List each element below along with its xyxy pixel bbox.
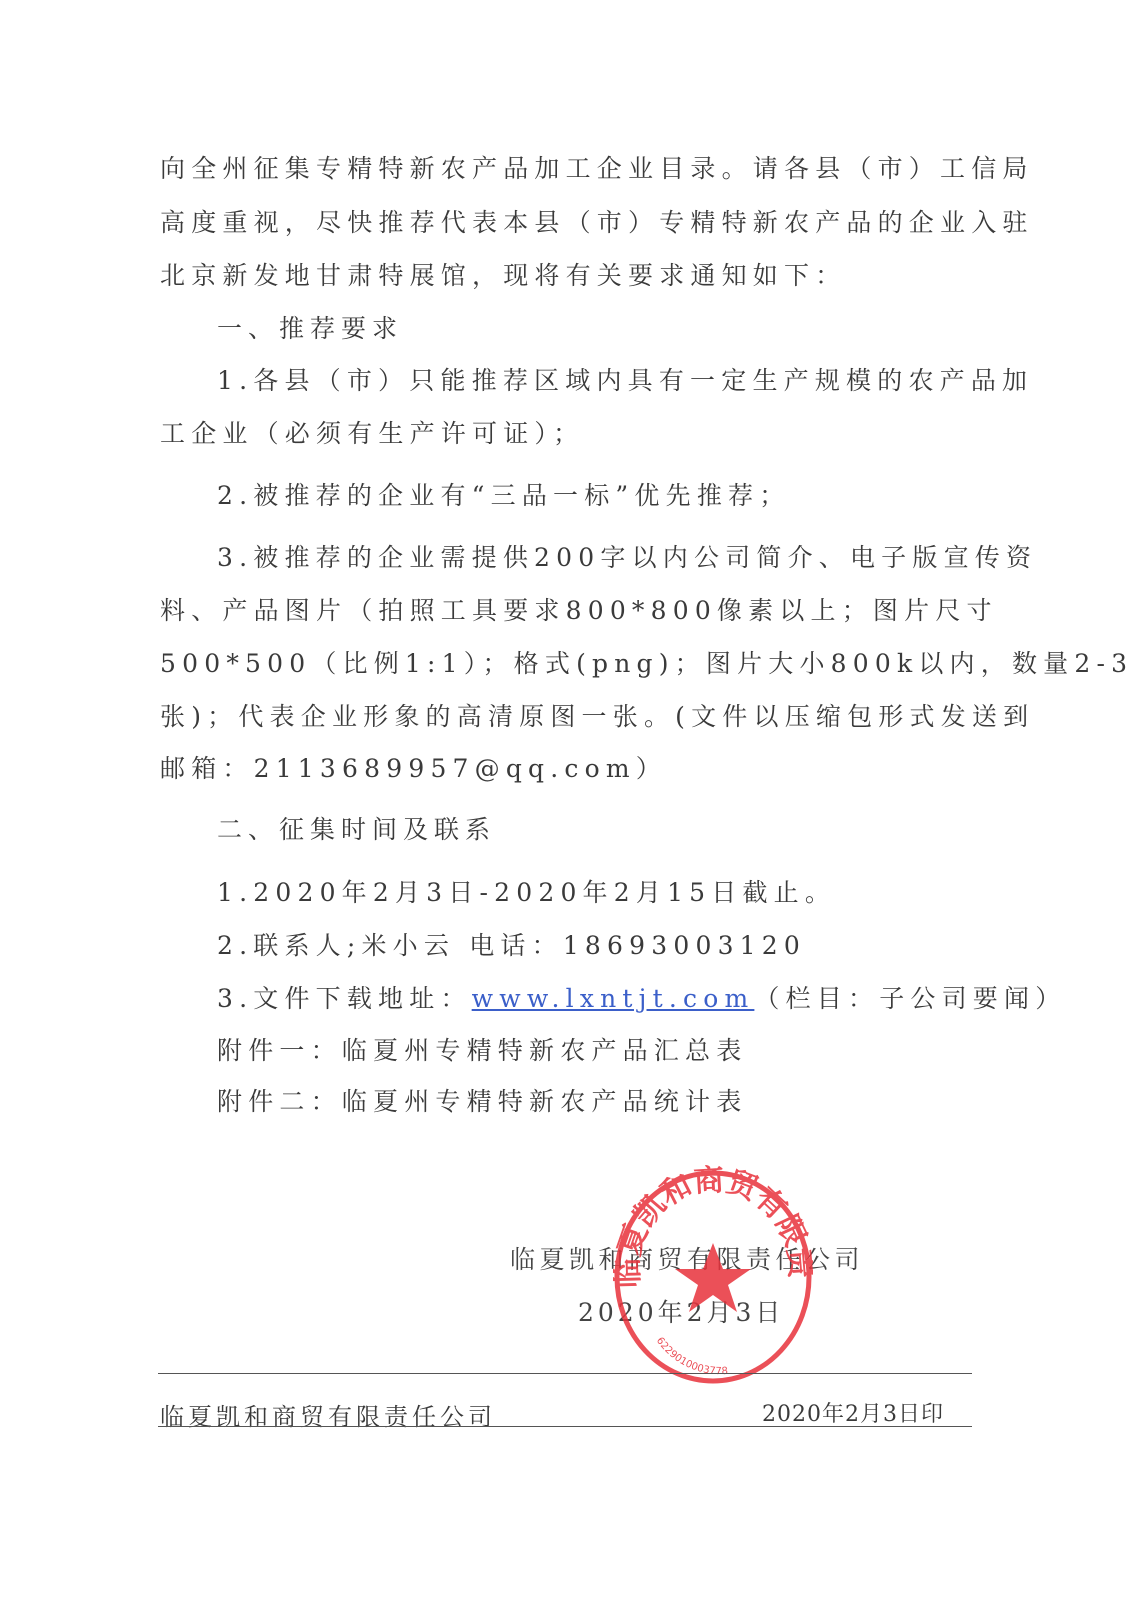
download-address-label: 3.文件下载地址：	[217, 984, 472, 1013]
svg-text:6229010003778: 6229010003778	[654, 1336, 728, 1378]
section1-item1-line2: 工企业（必须有生产许可证）；	[160, 417, 980, 451]
section2-item1: 1.2020年2月3日-2020年2月15日截止。	[217, 876, 1037, 910]
attachment-2: 附件二：临夏州专精特新农产品统计表	[217, 1085, 1037, 1119]
section2-heading: 二、征集时间及联系	[217, 813, 1037, 847]
intro-line-3: 北京新发地甘肃特展馆，现将有关要求通知如下：	[160, 259, 980, 293]
intro-line-2: 高度重视，尽快推荐代表本县（市）专精特新农产品的企业入驻	[160, 206, 980, 240]
document-page: 向全州征集专精特新农产品加工企业目录。请各县（市）工信局 高度重视，尽快推荐代表…	[0, 0, 1131, 1600]
attachment-1: 附件一：临夏州专精特新农产品汇总表	[217, 1034, 1037, 1068]
signature-date: 2020年2月3日	[578, 1293, 784, 1329]
signature-company: 临夏凯和商贸有限责任公司	[510, 1240, 864, 1276]
section1-item1-line1: 1.各县（市）只能推荐区域内具有一定生产规模的农产品加	[217, 364, 1037, 398]
section1-heading: 一、推荐要求	[217, 312, 1037, 346]
intro-line-1: 向全州征集专精特新农产品加工企业目录。请各县（市）工信局	[160, 152, 980, 186]
download-column-note: （栏目：子公司要闻）	[754, 984, 1066, 1013]
section1-item3-line1: 3.被推荐的企业需提供200字以内公司简介、电子版宣传资	[217, 541, 1037, 575]
section1-item3-line2: 料、产品图片（拍照工具要求800*800像素以上；图片尺寸	[160, 594, 980, 628]
section1-item3-line5: 邮箱：2113689957@qq.com）	[160, 752, 980, 786]
download-link[interactable]: www.lxntjt.com	[472, 984, 755, 1013]
section1-item3-line3: 500*500（比例1:1）；格式(png)；图片大小800k以内，数量2-3	[160, 647, 980, 681]
section1-item2: 2.被推荐的企业有“三品一标”优先推荐；	[217, 479, 1037, 513]
section2-item2: 2.联系人;米小云 电话：18693003120	[217, 929, 1037, 963]
footer-print-date: 2020年2月3日印	[762, 1397, 944, 1428]
footer-top-rule	[158, 1373, 972, 1374]
section1-item3-line4: 张)；代表企业形象的高清原图一张。(文件以压缩包形式发送到	[160, 700, 980, 734]
footer-bottom-rule	[158, 1426, 972, 1427]
section2-item3: 3.文件下载地址：www.lxntjt.com（栏目：子公司要闻）	[217, 982, 1037, 1016]
